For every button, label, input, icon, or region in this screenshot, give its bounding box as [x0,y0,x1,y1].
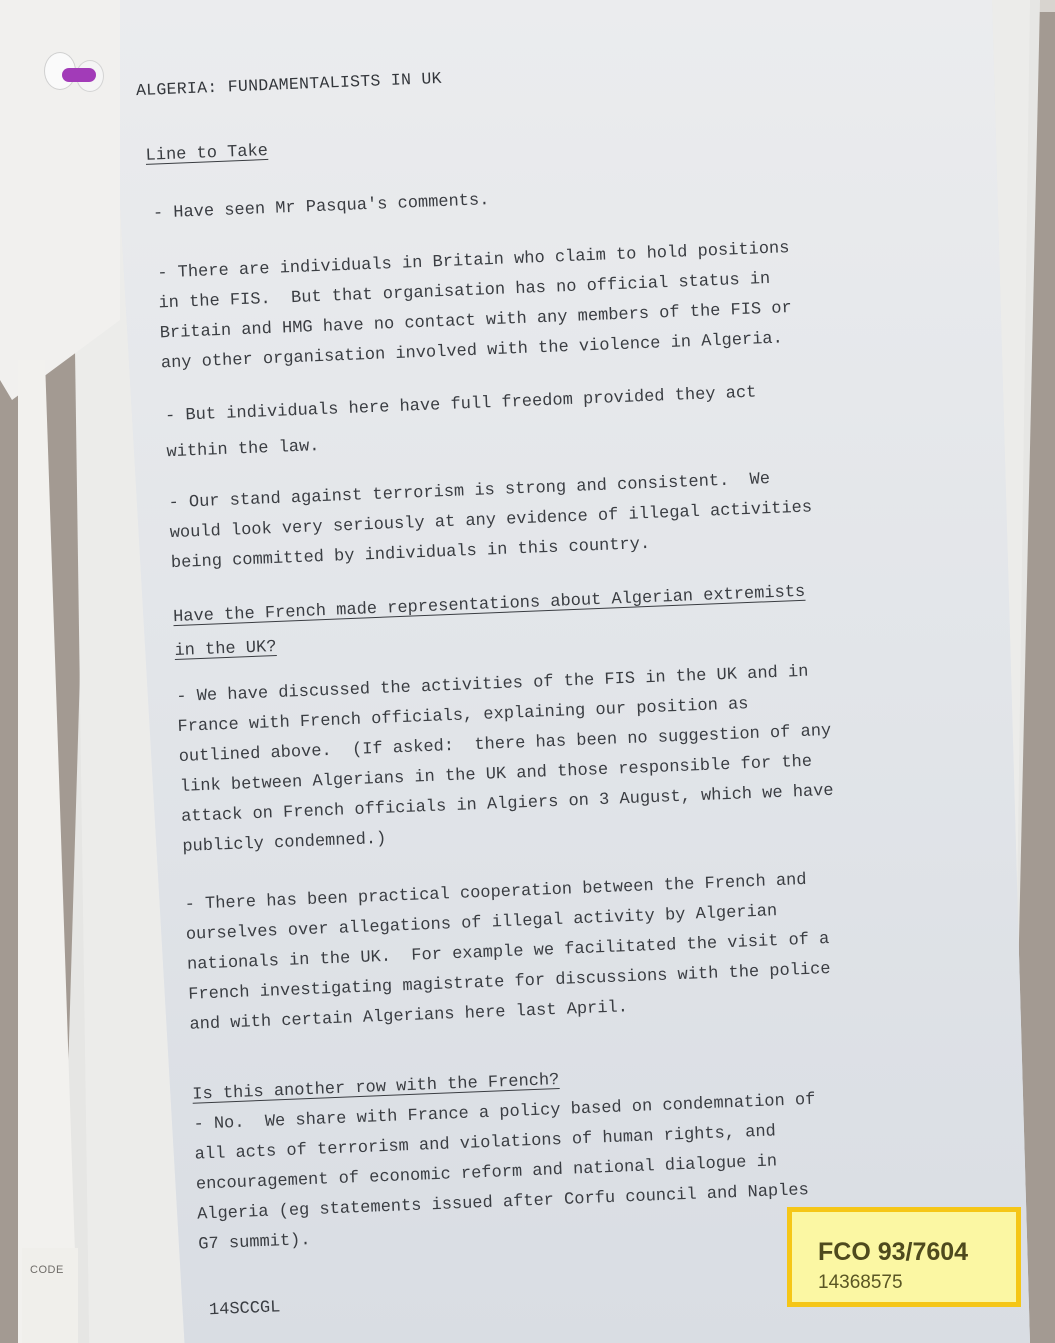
paragraph: - Have seen Mr Pasqua's comments. [152,186,490,229]
paragraph: - We have discussed the activities of th… [176,657,836,863]
paragraph: - Our stand against terrorism is strong … [168,463,814,579]
document-title: ALGERIA: FUNDAMENTALISTS IN UK [135,64,442,106]
archive-reference: FCO 93/7604 [818,1238,968,1267]
section-heading: Line to Take [145,137,269,172]
footer-code: 14SCCGL [208,1293,281,1326]
document-text: ALGERIA: FUNDAMENTALISTS IN UK Line to T… [0,0,1055,1343]
archive-reference-label: FCO 93/7604 14368575 [787,1207,1021,1307]
paragraph: - No. We share with France a policy base… [193,1086,821,1261]
archive-number: 14368575 [818,1272,903,1294]
paragraph: - There has been practical cooperation b… [184,865,832,1041]
paragraph: - But individuals here have full freedom… [164,376,758,472]
paragraph: - There are individuals in Britain who c… [157,234,794,379]
question-heading: Have the French made representations abo… [173,576,808,669]
